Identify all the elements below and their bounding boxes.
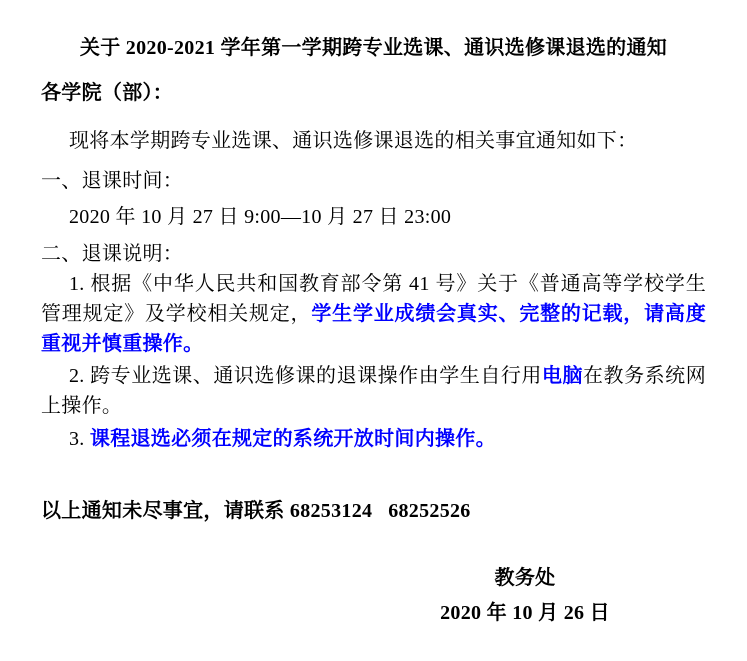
- note-item-3: 3. 课程退选必须在规定的系统开放时间内操作。: [41, 424, 706, 454]
- notice-title: 关于 2020-2021 学年第一学期跨专业选课、通识选修课退选的通知: [41, 33, 706, 63]
- note-item-2-emphasis: 电脑: [542, 365, 583, 387]
- note-item-3-emphasis: 课程退选必须在规定的系统开放时间内操作。: [90, 428, 496, 450]
- withdrawal-time-range: 2020 年 10 月 27 日 9:00—10 月 27 日 23:00: [41, 202, 706, 232]
- note-item-2-text-a: 2. 跨专业选课、通识选修课的退课操作由学生自行用: [69, 365, 542, 387]
- section-2-heading: 二、退课说明：: [41, 239, 706, 269]
- section-1-heading: 一、退课时间：: [41, 166, 706, 196]
- salutation: 各学院（部）：: [41, 78, 706, 108]
- signature-department: 教务处: [410, 563, 640, 593]
- intro-paragraph: 现将本学期跨专业选课、通识选修课退选的相关事宜通知如下：: [41, 126, 706, 156]
- note-item-1: 1. 根据《中华人民共和国教育部令第 41 号》关于《普通高等学校学生管理规定》…: [41, 269, 706, 359]
- signature-block: 教务处 2020 年 10 月 26 日: [410, 563, 640, 628]
- note-item-2: 2. 跨专业选课、通识选修课的退课操作由学生自行用电脑在教务系统网上操作。: [41, 361, 706, 421]
- contact-line: 以上通知未尽事宜，请联系 68253124 68252526: [41, 496, 706, 526]
- note-item-3-number: 3.: [69, 428, 90, 450]
- signature-date: 2020 年 10 月 26 日: [410, 598, 640, 628]
- notice-document: 关于 2020-2021 学年第一学期跨专业选课、通识选修课退选的通知 各学院（…: [0, 0, 747, 661]
